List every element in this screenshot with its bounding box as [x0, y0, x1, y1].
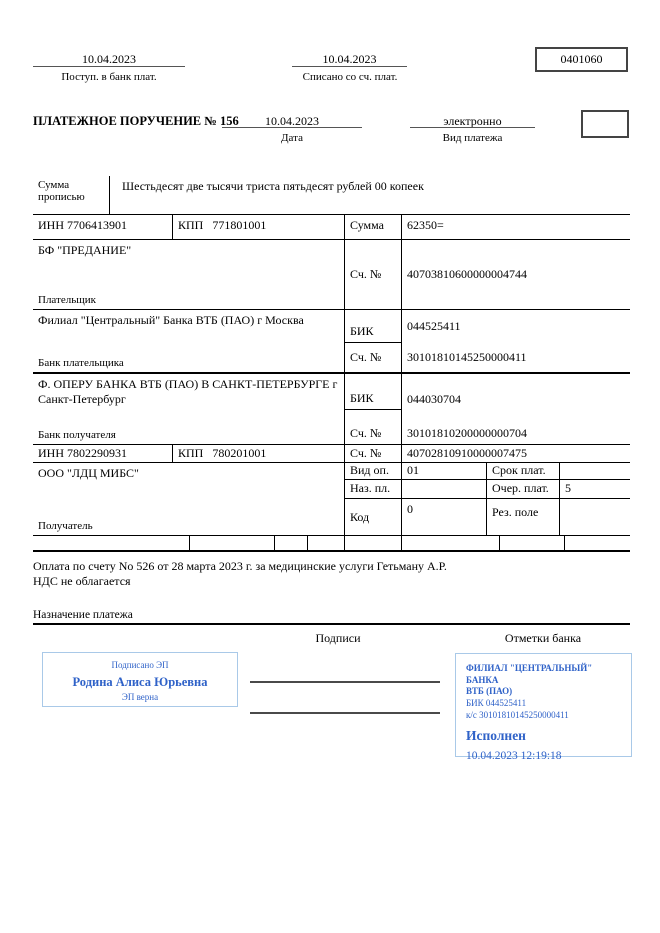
reserve-cell [308, 536, 345, 550]
vid-op-label: Вид оп. [345, 463, 402, 479]
naz-pl-value [402, 480, 487, 498]
bank-execution-stamp: ФИЛИАЛ "ЦЕНТРАЛЬНЫЙ" БАНКА ВТБ (ПАО) БИК… [455, 653, 632, 757]
signature-line-2 [250, 712, 440, 714]
vid-op-row: Вид оп. 01 Срок плат. [345, 463, 630, 480]
kod-value: 0 [402, 499, 487, 535]
payee-bank-account-value: 30101810200000000704 [402, 410, 630, 444]
payee-account-value: 40702810910000007475 [402, 445, 630, 462]
payer-bank-label: Банк плательщика [38, 357, 339, 369]
payer-bank-label-col: БИК Сч. № [345, 310, 402, 372]
form-code-box: 0401060 [535, 47, 628, 72]
reserve-cell [345, 536, 402, 550]
signed-ep-label: Подписано ЭП [43, 660, 237, 672]
payer-kpp-value: 771801001 [212, 218, 266, 232]
payer-name: БФ "ПРЕДАНИЕ" [38, 243, 339, 258]
stamp-bik: БИК 044525411 [466, 698, 621, 710]
amount-in-words-label: Сумма прописью [33, 176, 110, 214]
payer-label: Плательщик [38, 294, 339, 306]
reserve-strip-row [33, 536, 630, 552]
payer-cell: БФ "ПРЕДАНИЕ" Плательщик [33, 240, 345, 309]
debited-label: Списано со сч. плат. [274, 71, 426, 83]
amount-in-words-row: Сумма прописью Шестьдесят две тысячи три… [33, 176, 630, 215]
payee-details-row: ООО "ЛДЦ МИБС" Получатель Вид оп. 01 Сро… [33, 463, 630, 536]
sum-value: 62350= [402, 215, 630, 239]
payer-bank-bik-label: БИК [345, 310, 401, 343]
payer-inn-row: ИНН 7706413901 КПП 771801001 Сумма 62350… [33, 215, 630, 240]
payee-bank-bik-value: 044030704 [402, 374, 630, 410]
purpose-label: Назначение платежа [33, 609, 630, 625]
payer-bank-value-col: 044525411 30101810145250000411 [402, 310, 630, 372]
payer-bank-account-label: Сч. № [345, 343, 401, 372]
signer-name: Родина Алиса Юрьевна [43, 675, 237, 690]
purpose-line-1: Оплата по счету No 526 от 28 марта 2023 … [33, 559, 630, 574]
reserve-cell [402, 536, 500, 550]
payee-bank-label: Банк получателя [38, 429, 339, 441]
payment-kind-label: Вид платежа [410, 132, 535, 144]
payer-kpp-cell: КПП 771801001 [173, 215, 345, 239]
stamp-bank-name-1: ФИЛИАЛ "ЦЕНТРАЛЬНЫЙ" БАНКА [466, 663, 621, 686]
naz-pl-label: Наз. пл. [345, 480, 402, 498]
payee-bank-row: Ф. ОПЕРУ БАНКА ВТБ (ПАО) В САНКТ-ПЕТЕРБУ… [33, 374, 630, 445]
stamp-status: Исполнен [466, 728, 621, 744]
reserve-cell [190, 536, 275, 550]
kod-label: Код [345, 499, 402, 535]
payment-order-table: Сумма прописью Шестьдесят две тысячи три… [33, 176, 630, 647]
payee-bank-cell: Ф. ОПЕРУ БАНКА ВТБ (ПАО) В САНКТ-ПЕТЕРБУ… [33, 374, 345, 444]
ep-valid-label: ЭП верна [43, 692, 237, 704]
signature-line-1 [250, 681, 440, 683]
stamp-corr-account: к/с 30101810145250000411 [466, 710, 621, 722]
received-in-bank-underline [33, 52, 185, 67]
payee-bank-value-col: 044030704 30101810200000000704 [402, 374, 630, 444]
reserve-cell [565, 536, 630, 550]
kod-row: Код 0 Рез. поле [345, 499, 630, 535]
payee-account-label: Сч. № [345, 445, 402, 462]
electronic-signature-stamp: Подписано ЭП Родина Алиса Юрьевна ЭП вер… [42, 652, 238, 707]
bank-marks-heading: Отметки банка [453, 631, 633, 646]
payer-account-value: 40703810600000004744 [402, 240, 630, 309]
signatures-heading: Подписи [283, 631, 393, 646]
reserve-cell [33, 536, 190, 550]
payee-bank-name: Ф. ОПЕРУ БАНКА ВТБ (ПАО) В САНКТ-ПЕТЕРБУ… [38, 377, 339, 407]
payer-bank-cell: Филиал "Центральный" Банка ВТБ (ПАО) г М… [33, 310, 345, 372]
empty-checkbox-box [581, 110, 629, 138]
payee-bank-label-col: БИК Сч. № [345, 374, 402, 444]
payment-order-document: 10.04.2023 Поступ. в банк плат. 10.04.20… [0, 0, 660, 933]
payer-bank-name: Филиал "Центральный" Банка ВТБ (ПАО) г М… [38, 313, 339, 328]
purpose-line-2: НДС не облагается [33, 574, 630, 589]
ocher-plat-value: 5 [560, 480, 630, 498]
rez-pole-value [560, 499, 630, 535]
received-in-bank-label: Поступ. в банк плат. [33, 71, 185, 83]
payer-bank-row: Филиал "Центральный" Банка ВТБ (ПАО) г М… [33, 310, 630, 374]
payee-cell: ООО "ЛДЦ МИБС" Получатель [33, 463, 345, 535]
payer-account-label: Сч. № [345, 240, 402, 309]
naz-pl-row: Наз. пл. Очер. плат. 5 [345, 480, 630, 499]
payer-row: БФ "ПРЕДАНИЕ" Плательщик Сч. № 407038106… [33, 240, 630, 310]
rez-pole-label: Рез. поле [487, 499, 560, 535]
payer-bank-bik-value: 044525411 [402, 310, 630, 343]
stamp-bank-name-2: ВТБ (ПАО) [466, 686, 621, 698]
payer-inn: ИНН 7706413901 [33, 215, 173, 239]
payee-bank-account-label: Сч. № [345, 410, 401, 444]
payer-bank-account-value: 30101810145250000411 [402, 343, 630, 372]
payee-inn-row: ИНН 7802290931 КПП 780201001 Сч. № 40702… [33, 445, 630, 463]
footer-headings: Подписи Отметки банка [33, 631, 630, 647]
vid-op-value: 01 [402, 463, 487, 479]
payee-inn: ИНН 7802290931 [33, 445, 173, 462]
srok-plat-label: Срок плат. [487, 463, 560, 479]
reserve-cell [500, 536, 565, 550]
payee-label: Получатель [38, 520, 339, 532]
ocher-plat-label: Очер. плат. [487, 480, 560, 498]
order-date-underline [222, 114, 362, 128]
payee-kpp-label: КПП [178, 446, 203, 460]
payee-kpp-cell: КПП 780201001 [173, 445, 345, 462]
payment-kind-underline [410, 114, 535, 128]
stamp-datetime: 10.04.2023 12:19:18 [466, 750, 621, 762]
order-date-label: Дата [222, 132, 362, 144]
amount-in-words-value: Шестьдесят две тысячи триста пятьдесят р… [110, 176, 630, 214]
payee-name: ООО "ЛДЦ МИБС" [38, 466, 339, 481]
reserve-cell [275, 536, 308, 550]
sum-label: Сумма [345, 215, 402, 239]
payer-kpp-label: КПП [178, 218, 203, 232]
payee-kpp-value: 780201001 [212, 446, 266, 460]
document-title: ПЛАТЕЖНОЕ ПОРУЧЕНИЕ № 156 [33, 114, 239, 129]
operation-details: Вид оп. 01 Срок плат. Наз. пл. Очер. пла… [345, 463, 630, 535]
srok-plat-value [560, 463, 630, 479]
debited-underline [292, 52, 407, 67]
payee-bank-bik-label: БИК [345, 374, 401, 410]
